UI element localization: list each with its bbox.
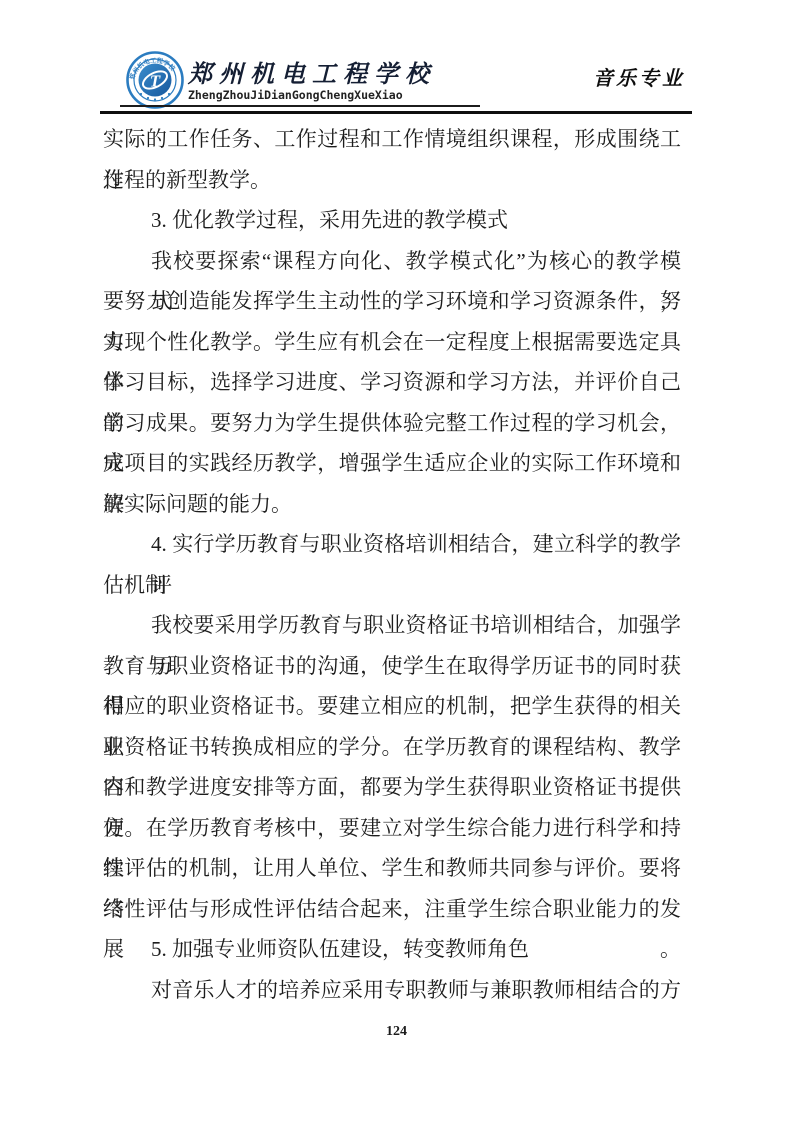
text-line: 容和教学进度安排等方面，都要为学生获得职业资格证书提供方 — [103, 767, 681, 808]
major-label: 音乐专业 — [593, 62, 685, 91]
text-line: 实现个性化教学。学生应有机会在一定程度上根据需要选定具体 — [103, 322, 681, 363]
text-line: 我校要采用学历教育与职业资格证书培训相结合，加强学历 — [103, 605, 681, 646]
school-logo-icon: 郑州机电工程学校 T — [125, 50, 185, 110]
page-header: 郑州机电工程学校 T 郑州机电工程学校 ZhengZhouJiDianGongC… — [0, 0, 793, 118]
text-line: 估机制 — [103, 565, 681, 606]
text-line: 结性评估与形成性评估结合起来，注重学生综合职业能力的发展。 — [103, 889, 681, 930]
school-logo: 郑州机电工程学校 T — [125, 50, 185, 110]
text-line: 我校要探索“课程方向化、教学模式化”为核心的教学模式， — [103, 241, 681, 282]
page-number: 124 — [386, 1024, 407, 1039]
school-name: 郑州机电工程学校 — [188, 54, 488, 89]
school-pinyin: ZhengZhouJiDianGongChengXueXiao — [188, 88, 488, 102]
page-footer: 124 — [0, 1024, 793, 1040]
text-line: 过程的新型教学。 — [103, 160, 681, 201]
document-page: 郑州机电工程学校 T 郑州机电工程学校 ZhengZhouJiDianGongC… — [0, 0, 793, 1122]
text-line: 学习目标，选择学习进度、学习资源和学习方法，并评价自己的 — [103, 362, 681, 403]
text-line: 业资格证书转换成相应的学分。在学历教育的课程结构、教学内 — [103, 727, 681, 768]
text-line: 教育与职业资格证书的沟通，使学生在取得学历证书的同时获得 — [103, 646, 681, 687]
text-line: 实际的工作任务、工作过程和工作情境组织课程，形成围绕工作 — [103, 119, 681, 160]
header-divider — [100, 111, 692, 114]
text-line: 学习成果。要努力为学生提供体验完整工作过程的学习机会，完 — [103, 403, 681, 444]
text-line: 相应的职业资格证书。要建立相应的机制，把学生获得的相关职 — [103, 686, 681, 727]
text-line: 3. 优化教学过程，采用先进的教学模式 — [103, 200, 681, 241]
text-line: 4. 实行学历教育与职业资格培训相结合，建立科学的教学评 — [103, 524, 681, 565]
text-line: 便。在学历教育考核中，要建立对学生综合能力进行科学和持续 — [103, 808, 681, 849]
text-line: 要努力创造能发挥学生主动性的学习环境和学习资源条件，努力 — [103, 281, 681, 322]
text-line: 成项目的实践经历教学，增强学生适应企业的实际工作环境和解 — [103, 443, 681, 484]
logo-underline — [120, 105, 480, 107]
document-body: 实际的工作任务、工作过程和工作情境组织课程，形成围绕工作过程的新型教学。3. 优… — [103, 119, 681, 1010]
text-line: 对音乐人才的培养应采用专职教师与兼职教师相结合的方 — [103, 970, 681, 1011]
svg-text:T: T — [150, 72, 161, 91]
text-line: 决实际问题的能力。 — [103, 484, 681, 525]
text-line: 性评估的机制，让用人单位、学生和教师共同参与评价。要将终 — [103, 848, 681, 889]
